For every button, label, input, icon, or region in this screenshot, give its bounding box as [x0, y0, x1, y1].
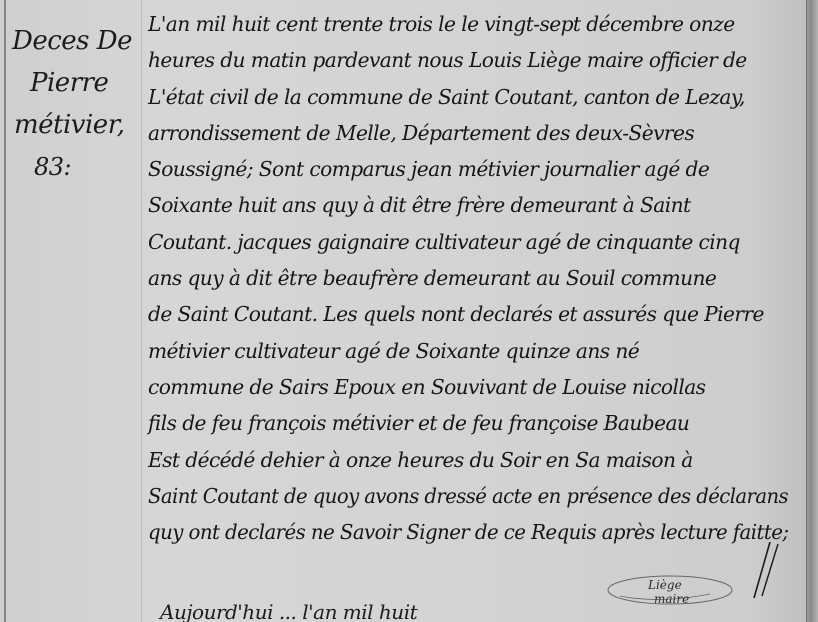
record-line: ans quy à dit être beaufrère demeurant a… [148, 260, 788, 296]
record-line: quy ont declarés ne Savoir Signer de ce … [148, 514, 775, 550]
record-line: Soussigné; Sont comparus jean métivier j… [148, 151, 788, 187]
signature-title: maire [648, 592, 689, 606]
record-line: Soixante huit ans quy à dit être frère d… [148, 187, 788, 223]
margin-note-line: 83: [12, 146, 137, 188]
margin-annotation: Deces De Pierre métivier, 83: [12, 20, 137, 188]
next-record-fragment: Aujourd'hui ... l'an mil huit [160, 600, 417, 622]
record-line: Est décédé dehier à onze heures du Soir … [148, 442, 788, 478]
margin-note-line: Pierre [12, 62, 137, 104]
page-binding-edge [806, 0, 818, 622]
margin-note-line: métivier, [12, 104, 137, 146]
record-line: Saint Coutant de quoy avons dressé acte … [148, 478, 771, 514]
record-line: de Saint Coutant. Les quels nont declaré… [148, 296, 788, 332]
record-body: L'an mil huit cent trente trois le le vi… [148, 6, 798, 550]
margin-note-line: Deces De [12, 20, 137, 62]
record-line: heures du matin pardevant nous Louis Liè… [148, 42, 788, 78]
record-line: Coutant. jacques gaignaire cultivateur a… [148, 224, 788, 260]
record-line: fils de feu françois métivier et de feu … [148, 405, 788, 441]
signature-name: Liège [648, 578, 689, 592]
record-line: L'état civil de la commune de Saint Cout… [148, 79, 788, 115]
register-page: Deces De Pierre métivier, 83: L'an mil h… [0, 0, 818, 622]
closing-flourish-icon [740, 540, 780, 600]
record-line: L'an mil huit cent trente trois le le vi… [148, 6, 788, 42]
record-line: métivier cultivateur agé de Soixante qui… [148, 333, 788, 369]
left-margin-rule [4, 0, 6, 622]
margin-column-rule [141, 0, 142, 622]
record-line: commune de Sairs Epoux en Souvivant de L… [148, 369, 788, 405]
mayor-signature: Liège maire [648, 578, 689, 606]
record-line: arrondissement de Melle, Département des… [148, 115, 788, 151]
page-edge-line [806, 0, 807, 622]
